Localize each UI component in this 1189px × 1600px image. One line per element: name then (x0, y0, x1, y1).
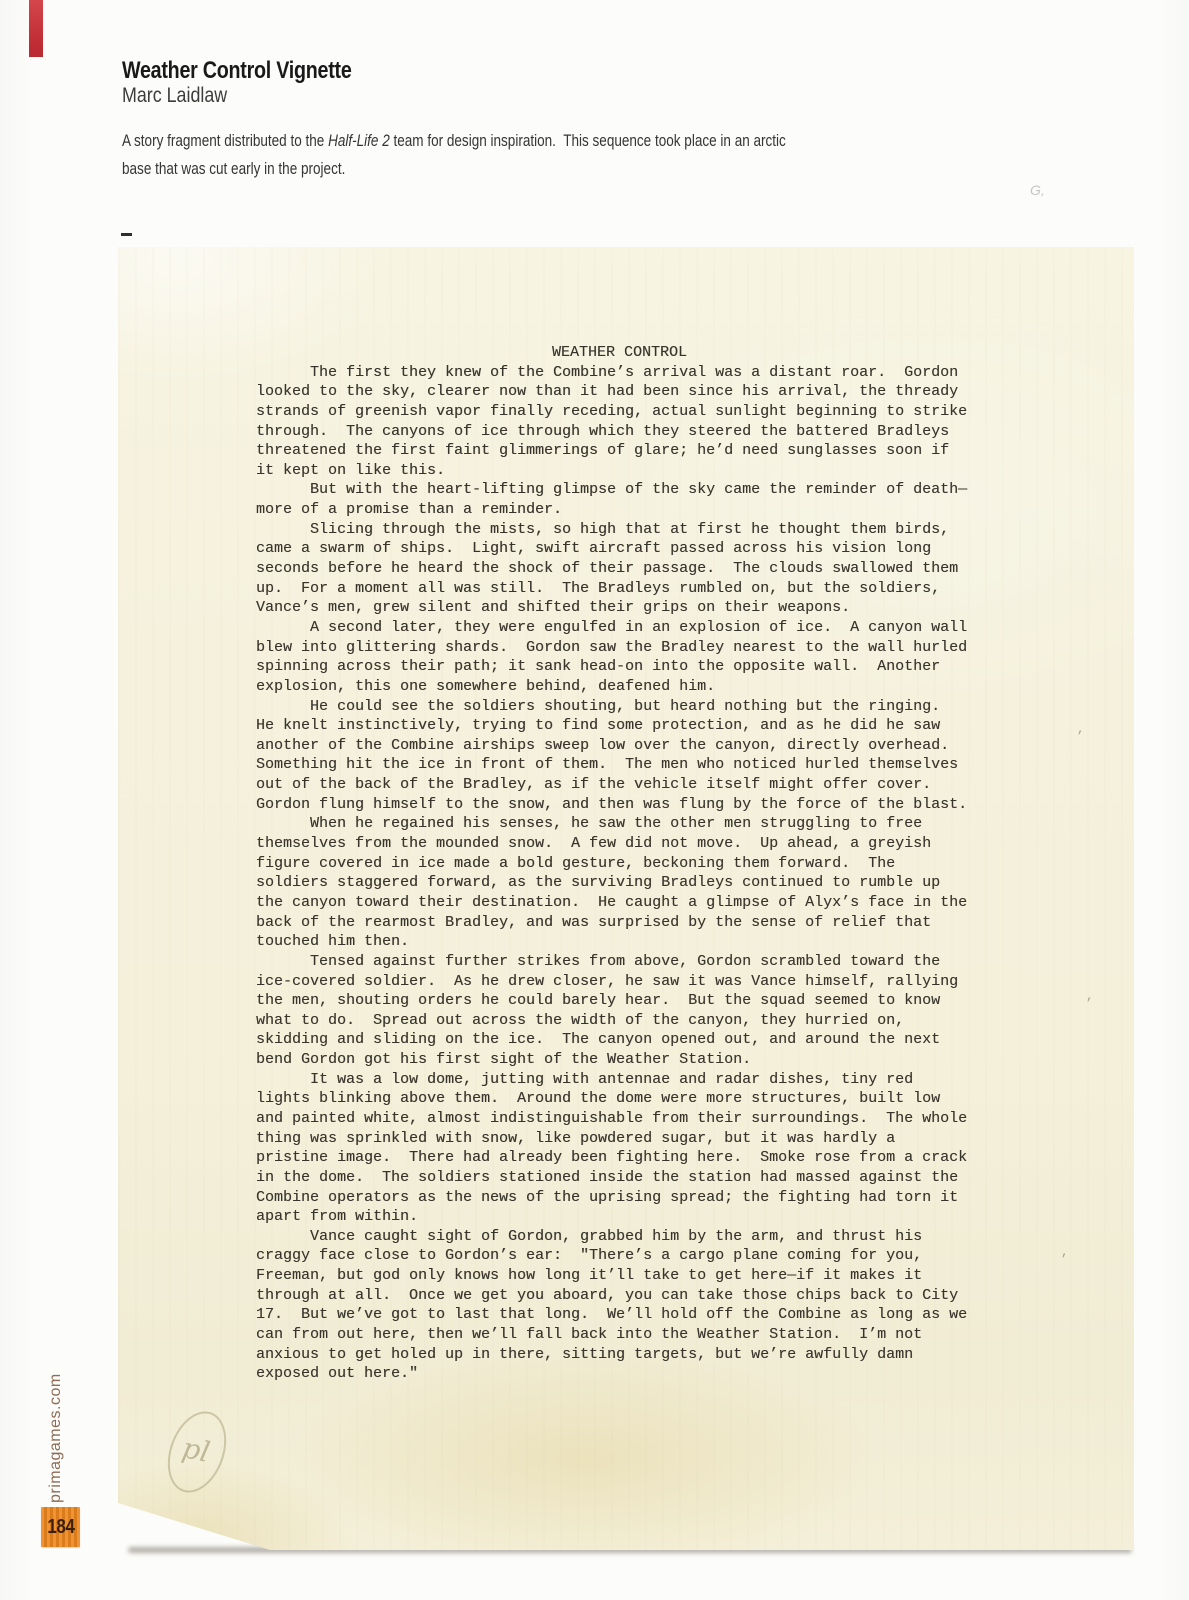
typed-line: Tensed against further strikes from abov… (256, 952, 996, 972)
typed-line: apart from within. (256, 1207, 996, 1227)
page-title: Weather Control Vignette (122, 57, 352, 85)
typed-line: Combine operators as the news of the upr… (256, 1188, 996, 1208)
typed-line: craggy face close to Gordon’s ear: "Ther… (256, 1246, 996, 1266)
typed-line: 17. But we’ve got to last that long. We’… (256, 1305, 996, 1325)
typed-line: skidding and sliding on the ice. The can… (256, 1030, 996, 1050)
typed-line: He knelt instinctively, trying to find s… (256, 716, 996, 736)
typed-line: themselves from the mounded snow. A few … (256, 834, 996, 854)
typed-line: touched him then. (256, 932, 996, 952)
intro-line-1: A story fragment distributed to the Half… (122, 127, 786, 155)
typed-line: more of a promise than a reminder. (256, 500, 996, 520)
typed-line: out of the back of the Bradley, as if th… (256, 775, 996, 795)
typed-line: Something hit the ice in front of them. … (256, 755, 996, 775)
typed-lines: The first they knew of the Combine’s arr… (256, 363, 996, 1384)
typed-line: The first they knew of the Combine’s arr… (256, 363, 996, 383)
typed-line: back of the rearmost Bradley, and was su… (256, 913, 996, 933)
typed-line: Vance’s men, grew silent and shifted the… (256, 598, 996, 618)
typed-line: A second later, they were engulfed in an… (256, 618, 996, 638)
typed-line: Freeman, but god only knows how long it’… (256, 1266, 996, 1286)
typed-line: figure covered in ice made a bold gestur… (256, 854, 996, 874)
typed-line: exposed out here." (256, 1364, 996, 1384)
intro-line1-b: team for design inspiration. This sequen… (390, 132, 786, 150)
site-label: primagames.com (47, 1375, 65, 1503)
pencil-note-text: pl (179, 1431, 212, 1469)
page-number: 184 (47, 1516, 74, 1539)
typed-line: strands of greenish vapor finally recedi… (256, 402, 996, 422)
typed-line: explosion, this one somewhere behind, de… (256, 677, 996, 697)
typed-line: thing was sprinkled with snow, like powd… (256, 1129, 996, 1149)
typed-line: seconds before he heard the shock of the… (256, 559, 996, 579)
typed-line: He could see the soldiers shouting, but … (256, 697, 996, 717)
typed-line: blew into glittering shards. Gordon saw … (256, 638, 996, 658)
page-number-badge: 184 (41, 1507, 80, 1547)
typed-line: came a swarm of ships. Light, swift airc… (256, 539, 996, 559)
typed-line: Vance caught sight of Gordon, grabbed hi… (256, 1227, 996, 1247)
intro-line1-italic: Half-Life 2 (328, 132, 390, 150)
typed-line: When he regained his senses, he saw the … (256, 814, 996, 834)
typed-line: through at all. Once we get you aboard, … (256, 1286, 996, 1306)
book-page: Weather Control Vignette Marc Laidlaw A … (0, 0, 1189, 1600)
typed-line: anxious to get holed up in there, sittin… (256, 1345, 996, 1365)
dash-mark (121, 233, 132, 236)
scan-smudge: G, (1030, 182, 1045, 198)
typed-line: Gordon flung himself to the snow, and th… (256, 795, 996, 815)
scan-speck: ’ (1076, 729, 1084, 744)
typed-line: and painted white, almost indistinguisha… (256, 1109, 996, 1129)
typed-line: threatened the first faint glimmerings o… (256, 441, 996, 461)
typed-line: lights blinking above them. Around the d… (256, 1089, 996, 1109)
typed-line: in the dome. The soldiers stationed insi… (256, 1168, 996, 1188)
typed-line: Slicing through the mists, so high that … (256, 520, 996, 540)
author-name: Marc Laidlaw (122, 84, 227, 108)
document-title: WEATHER CONTROL (256, 343, 996, 363)
typed-line: it kept on like this. (256, 461, 996, 481)
typed-line: looked to the sky, clearer now than it h… (256, 382, 996, 402)
intro-line1-a: A story fragment distributed to the (122, 132, 328, 150)
typed-line: up. For a moment all was still. The Brad… (256, 579, 996, 599)
intro-line-2: base that was cut early in the project. (122, 155, 786, 183)
typed-text-block: WEATHER CONTROL The first they knew of t… (256, 343, 996, 1384)
red-corner-bar (29, 0, 43, 57)
scan-speck: ’ (1085, 996, 1093, 1011)
typed-line: ice-covered soldier. As he drew closer, … (256, 972, 996, 992)
typed-line: the canyon toward their destination. He … (256, 893, 996, 913)
typed-line: pristine image. There had already been f… (256, 1148, 996, 1168)
typed-line: It was a low dome, jutting with antennae… (256, 1070, 996, 1090)
typed-line: But with the heart-lifting glimpse of th… (256, 480, 996, 500)
typed-line: the men, shouting orders he could barely… (256, 991, 996, 1011)
typed-line: another of the Combine airships sweep lo… (256, 736, 996, 756)
typed-line: what to do. Spread out across the width … (256, 1011, 996, 1031)
typed-line: through. The canyons of ice through whic… (256, 422, 996, 442)
scan-speck: ’ (1060, 1252, 1068, 1267)
typed-line: bend Gordon got his first sight of the W… (256, 1050, 996, 1070)
handwritten-pencil-mark: pl (157, 1403, 236, 1500)
intro-text: A story fragment distributed to the Half… (122, 127, 932, 183)
typed-line: can from out here, then we’ll fall back … (256, 1325, 996, 1345)
typed-line: soldiers staggered forward, as the survi… (256, 873, 996, 893)
scanned-document: WEATHER CONTROL The first they knew of t… (118, 247, 1134, 1550)
typed-line: spinning across their path; it sank head… (256, 657, 996, 677)
